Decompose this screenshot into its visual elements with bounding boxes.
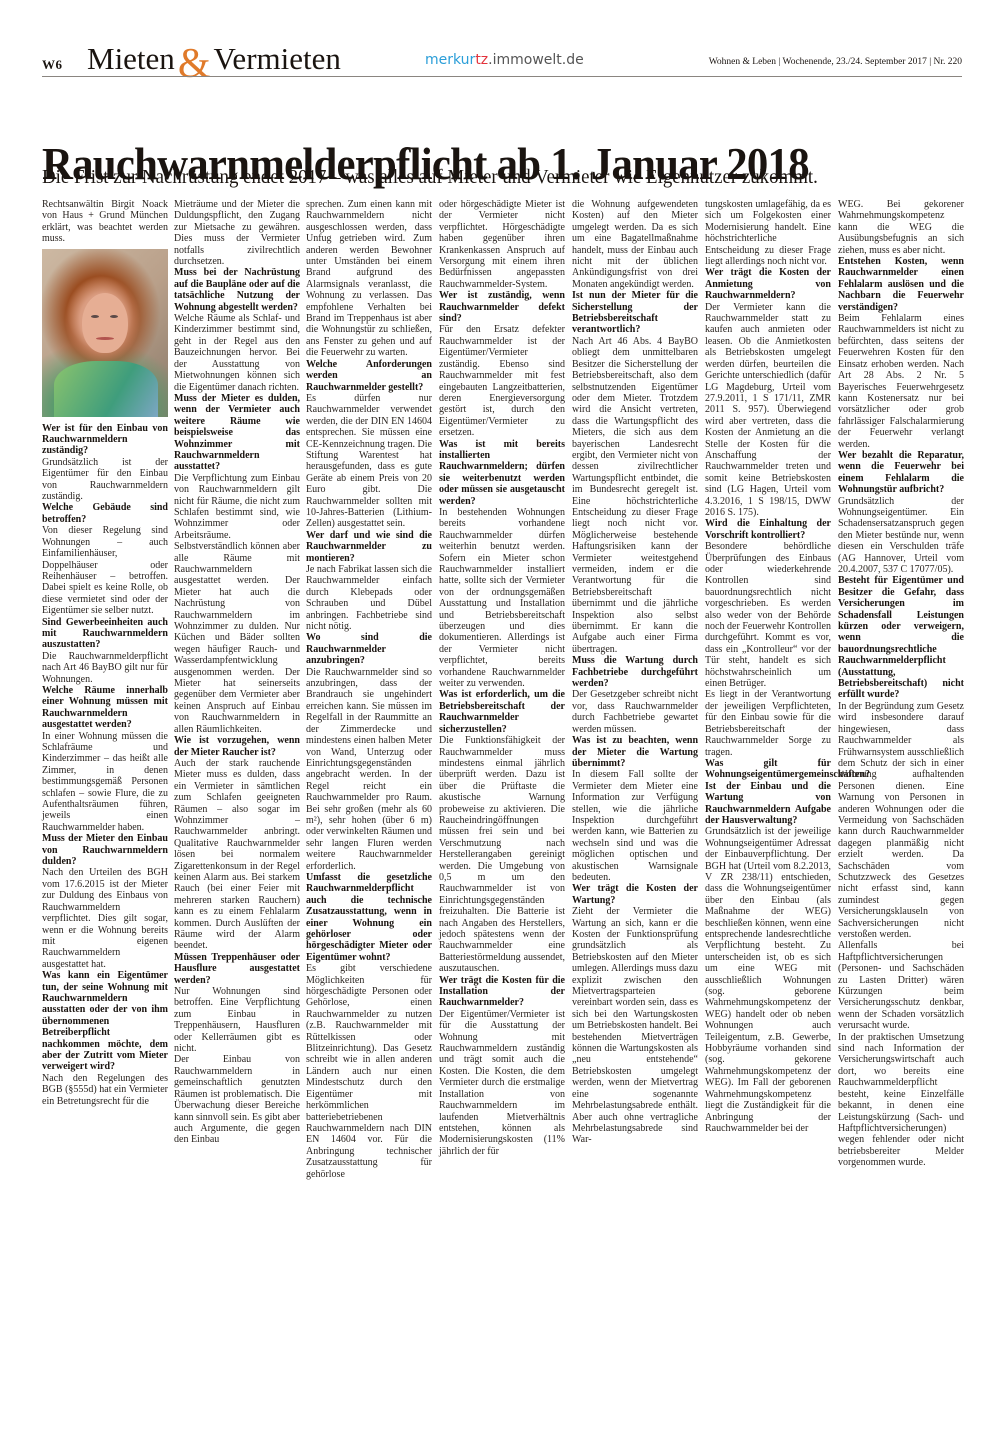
faq-answer: sprechen. Zum einen kann mit Rauchwarnme… xyxy=(306,199,432,359)
faq-answer: Der Eigentümer/Vermieter ist für die Aus… xyxy=(439,1009,565,1157)
faq-question: Wer ist für den Einbau von Rauchwarnmeld… xyxy=(42,423,168,457)
faq-answer: Der Einbau von Rauchwarnmeldern in gemei… xyxy=(174,1054,300,1145)
faq-answer: Der Gesetzgeber schreibt nicht vor, dass… xyxy=(572,689,698,735)
faq-question: Was ist erforderlich, um die Betriebsber… xyxy=(439,689,565,735)
column-6: tungskosten umlagefähig, da es sich um F… xyxy=(705,199,831,1134)
column-3: sprechen. Zum einen kann mit Rauchwarnme… xyxy=(306,199,432,1180)
portrait-eye xyxy=(110,315,118,318)
faq-answer: Für den Ersatz defekter Rauchwarnmelder … xyxy=(439,324,565,438)
section-title-left: Mieten xyxy=(87,41,175,76)
faq-answer: Welche Räume als Schlaf- und Kinderzimme… xyxy=(174,313,300,393)
faq-answer: WEG. Bei gekorener Wahrnehmungskompetenz… xyxy=(838,199,964,256)
faq-answer: Nach Art 46 Abs. 4 BayBO obliegt dem unm… xyxy=(572,336,698,655)
portrait-face xyxy=(82,293,128,353)
faq-question: Wer darf und wie sind die Rauchwarnmelde… xyxy=(306,530,432,564)
faq-question: Was ist mit bereits installierten Rauchw… xyxy=(439,439,565,507)
column-2: Mieträume und der Mieter die Duldungspfl… xyxy=(174,199,300,1146)
faq-question: Was kann ein Eigentümer tun, der seine W… xyxy=(42,970,168,1073)
faq-answer: In der praktischen Umsetzung sind nach I… xyxy=(838,1032,964,1169)
url-domain: .immowelt.de xyxy=(488,52,584,68)
faq-question: Entstehen Kosten, wenn Rauchwarnmelder e… xyxy=(838,256,964,313)
faq-question: Besteht für Eigentümer und Besitzer die … xyxy=(838,575,964,700)
faq-answer: Je nach Fabrikat lassen sich die Rauchwa… xyxy=(306,564,432,632)
column-5: die Wohnung aufgewendeten Kosten) auf de… xyxy=(572,199,698,1146)
faq-answer: Grundsätzlich ist der jeweilige Wohnungs… xyxy=(705,826,831,1134)
faq-answer: Beim Fehlalarm eines Rauchwarnmelders is… xyxy=(838,313,964,450)
faq-question: Wird die Einhaltung der Vorschrift kontr… xyxy=(705,518,831,541)
dateline: Wohnen & Leben | Wochenende, 23./24. Sep… xyxy=(709,57,962,67)
faq-question: Umfasst die gesetzliche Rauchwarnmelderp… xyxy=(306,872,432,963)
faq-question: Wie ist vorzugehen, wenn der Mieter Rauc… xyxy=(174,735,300,758)
column-4: oder hörgeschädigte Mieter ist der Vermi… xyxy=(439,199,565,1157)
faq-question: Ist nun der Mieter für die Sicherstellun… xyxy=(572,290,698,336)
faq-question: Wer bezahlt die Reparatur, wenn die Feue… xyxy=(838,450,964,496)
faq-answer: Die Rauchwarnmelder sind so anzubringen,… xyxy=(306,667,432,872)
faq-answer: Die Verpflichtung zum Einbau von Rauchwa… xyxy=(174,473,300,735)
faq-question: Müssen Treppenhäuser oder Hausflure ausg… xyxy=(174,952,300,986)
faq-question: Muss der Mieter den Einbau von Rauchwarn… xyxy=(42,833,168,867)
faq-answer: Es liegt in der Verantwortung der jeweil… xyxy=(705,689,831,757)
faq-question: Was gilt für Wohnungseigentümergemeinsch… xyxy=(705,758,831,826)
faq-answer: Die Funktionsfähigkeit der Rauchwarnmeld… xyxy=(439,735,565,975)
faq-answer: Nur Wohnungen sind betroffen. Eine Verpf… xyxy=(174,986,300,1054)
faq-question: Wer trägt die Kosten für die Installatio… xyxy=(439,975,565,1009)
faq-answer: Nach den Regelungen des BGB (§555d) hat … xyxy=(42,1073,168,1107)
author-portrait-photo xyxy=(42,249,168,417)
faq-answer: tungskosten umlagefähig, da es sich um F… xyxy=(705,199,831,267)
column-1: Rechtsanwältin Birgit Noack von Haus + G… xyxy=(42,199,168,1107)
faq-answer: Besondere behördliche Überprüfungen des … xyxy=(705,541,831,689)
faq-question: Was ist zu beachten, wenn der Mieter die… xyxy=(572,735,698,769)
ampersand-logo: & xyxy=(177,41,212,87)
faq-answer: Der Vermieter kann die Rauchwarnmelder s… xyxy=(705,302,831,519)
faq-question: Welche Anforderungen werden an Rauchwarn… xyxy=(306,359,432,393)
section-title: Mieten&Vermieten xyxy=(87,38,341,77)
faq-answer: In diesem Fall sollte der Vermieter dem … xyxy=(572,769,698,883)
masthead: W6 Mieten&Vermieten merkurtz.immowelt.de… xyxy=(42,38,962,78)
faq-question: Wer ist zuständig, wenn Rauchwarnmelder … xyxy=(439,290,565,324)
faq-answer: Die Rauchwarnmelderpflicht nach Art 46 B… xyxy=(42,651,168,685)
masthead-divider xyxy=(42,76,962,77)
faq-answer: In einer Wohnung müssen die Schlafräume … xyxy=(42,731,168,834)
faq-answer: Es gibt verschiedene Möglichkeiten für h… xyxy=(306,963,432,1180)
article-subheadline: Die Frist zur Nachrüstung endet 2017 – w… xyxy=(42,165,818,189)
faq-answer: Es dürfen nur Rauchwarnmelder verwendet … xyxy=(306,393,432,530)
faq-question: Wer trägt die Kosten der Anmietung von R… xyxy=(705,267,831,301)
section-title-right: Vermieten xyxy=(213,41,340,76)
page-number: W6 xyxy=(42,57,63,73)
portrait-eye xyxy=(91,315,99,318)
portrait-scarf xyxy=(54,361,158,417)
faq-question: Wer trägt die Kosten der Wartung? xyxy=(572,883,698,906)
site-url-link[interactable]: merkurtz.immowelt.de xyxy=(425,52,584,68)
faq-answer: oder hörgeschädigte Mieter ist der Vermi… xyxy=(439,199,565,290)
faq-question: Muss die Wartung durch Fachbetriebe durc… xyxy=(572,655,698,689)
faq-answer: Nach den Urteilen des BGH vom 17.6.2015 … xyxy=(42,867,168,970)
faq-answer: Allenfalls bei Haftpflichtversicherungen… xyxy=(838,940,964,1031)
faq-answer: Grundsätzlich ist der Eigentümer für den… xyxy=(42,457,168,503)
faq-answer: Zieht der Vermieter die Wartung an sich,… xyxy=(572,906,698,1146)
faq-answer: In der Begründung zum Gesetz wird insbes… xyxy=(838,701,964,941)
faq-question: Welche Räume innerhalb einer Wohnung müs… xyxy=(42,685,168,731)
faq-question: Welche Gebäude sind betroffen? xyxy=(42,502,168,525)
faq-question: Sind Gewerbeeinheiten auch mit Rauchwarn… xyxy=(42,617,168,651)
faq-question: Wo sind die Rauchwarnmelder anzubringen? xyxy=(306,632,432,666)
faq-answer: Auch der stark rauchende Mieter muss es … xyxy=(174,758,300,952)
faq-answer: die Wohnung aufgewendeten Kosten) auf de… xyxy=(572,199,698,290)
url-brand-tz: tz xyxy=(475,52,488,68)
article-body: Rechtsanwältin Birgit Noack von Haus + G… xyxy=(42,199,962,1029)
faq-answer: Von dieser Regelung sind Wohnungen – auc… xyxy=(42,525,168,616)
column-7: WEG. Bei gekorener Wahrnehmungskompetenz… xyxy=(838,199,964,1169)
faq-answer: In bestehenden Wohnungen bereits vorhand… xyxy=(439,507,565,690)
faq-question: Muss der Mieter es dulden, wenn der Verm… xyxy=(174,393,300,473)
article-intro: Rechtsanwältin Birgit Noack von Haus + G… xyxy=(42,199,168,245)
faq-answer: Grundsätzlich der Wohnungseigentümer. Ei… xyxy=(838,496,964,576)
url-brand-merkur: merkur xyxy=(425,52,475,68)
portrait-mouth xyxy=(96,337,114,340)
faq-question: Muss bei der Nachrüstung auf die Bauplän… xyxy=(174,267,300,313)
faq-answer: Mieträume und der Mieter die Duldungspfl… xyxy=(174,199,300,267)
